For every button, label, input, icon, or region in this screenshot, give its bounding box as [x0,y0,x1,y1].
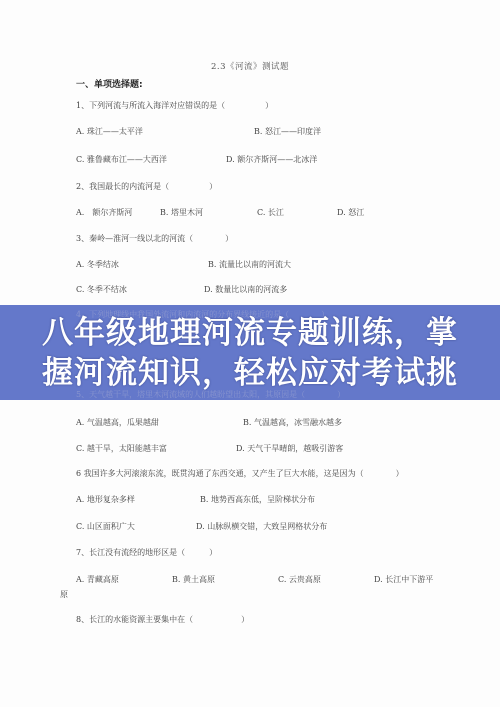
question-5-option-c: C. 越干旱，太阳能越丰富 [76,443,167,454]
question-2-option-d: D. 怒江 [337,207,364,218]
question-1-option-c: C. 雅鲁藏布江——大西洋 [76,154,167,165]
question-6-stem: 6 我国许多大河滚滚东流，既贯沟通了东西交通，又产生了巨大水能，这是因为（ ） [76,468,404,479]
banner-line-1: 八年级地理河流专题训练，掌 [42,313,458,353]
question-3-option-d: D. 数量比以南的河流多 [204,284,287,295]
question-5-option-b: B. 气温越高，冰雪融水越多 [243,417,342,428]
question-6-option-c: C. 山区面积广大 [76,521,135,532]
question-7-option-a: A. 青藏高原 [76,574,119,585]
question-6-option-a: A. 地形复杂多样 [76,494,135,505]
title-banner: 八年级地理河流专题训练，掌 握河流知识，轻松应对考试挑 [0,305,500,400]
document-title: 2.3《河流》测试题 [0,60,500,72]
question-3-option-c: C. 冬季不结冰 [76,284,127,295]
question-2-stem: 2、我国最长的内流河是（ ） [76,181,217,192]
question-1-stem: 1、下列河流与所流入海洋对应错误的是（ ） [76,100,273,111]
question-1-option-a: A. 珠江——太平洋 [76,126,143,137]
question-8-stem: 8、长江的水能资源主要集中在（ ） [76,614,249,625]
question-1-option-b: B. 怒江——印度洋 [254,126,321,137]
question-7-option-c: C. 云贵高原 [278,574,321,585]
question-2-option-b: B. 塔里木河 [160,207,203,218]
question-3-option-a: A. 冬季结冰 [76,259,119,270]
question-5-option-d: D. 天气干旱晴朗，越吸引游客 [236,443,343,454]
question-2-option-a: A. 额尔齐斯河 [76,207,132,218]
question-7-stem: 7、长江没有流经的地形区是（ ） [76,547,217,558]
banner-line-2: 握河流知识，轻松应对考试挑 [42,353,458,393]
question-7-option-b: B. 黄土高原 [172,574,215,585]
question-7-option-d-wrap: 原 [60,589,68,600]
document-page: 2.3《河流》测试题 一、单项选择题: 1、下列河流与所流入海洋对应错误的是（ … [0,0,500,707]
question-1-option-d: D. 额尔齐斯河——北冰洋 [226,154,317,165]
section-heading: 一、单项选择题: [76,77,143,90]
question-6-option-d: D. 山脉纵横交错，大致呈网格状分布 [196,521,327,532]
question-5-option-a: A. 气温越高，瓜果越甜 [76,417,159,428]
question-6-option-b: B. 地势西高东低，呈阶梯状分布 [200,494,315,505]
question-2-option-c: C. 长江 [257,207,284,218]
question-3-option-b: B. 流量比以南的河流大 [208,259,291,270]
question-3-stem: 3、秦岭—淮河一线以北的河流（ ） [76,233,233,244]
question-7-option-d: D. 长江中下游平 [374,574,433,585]
